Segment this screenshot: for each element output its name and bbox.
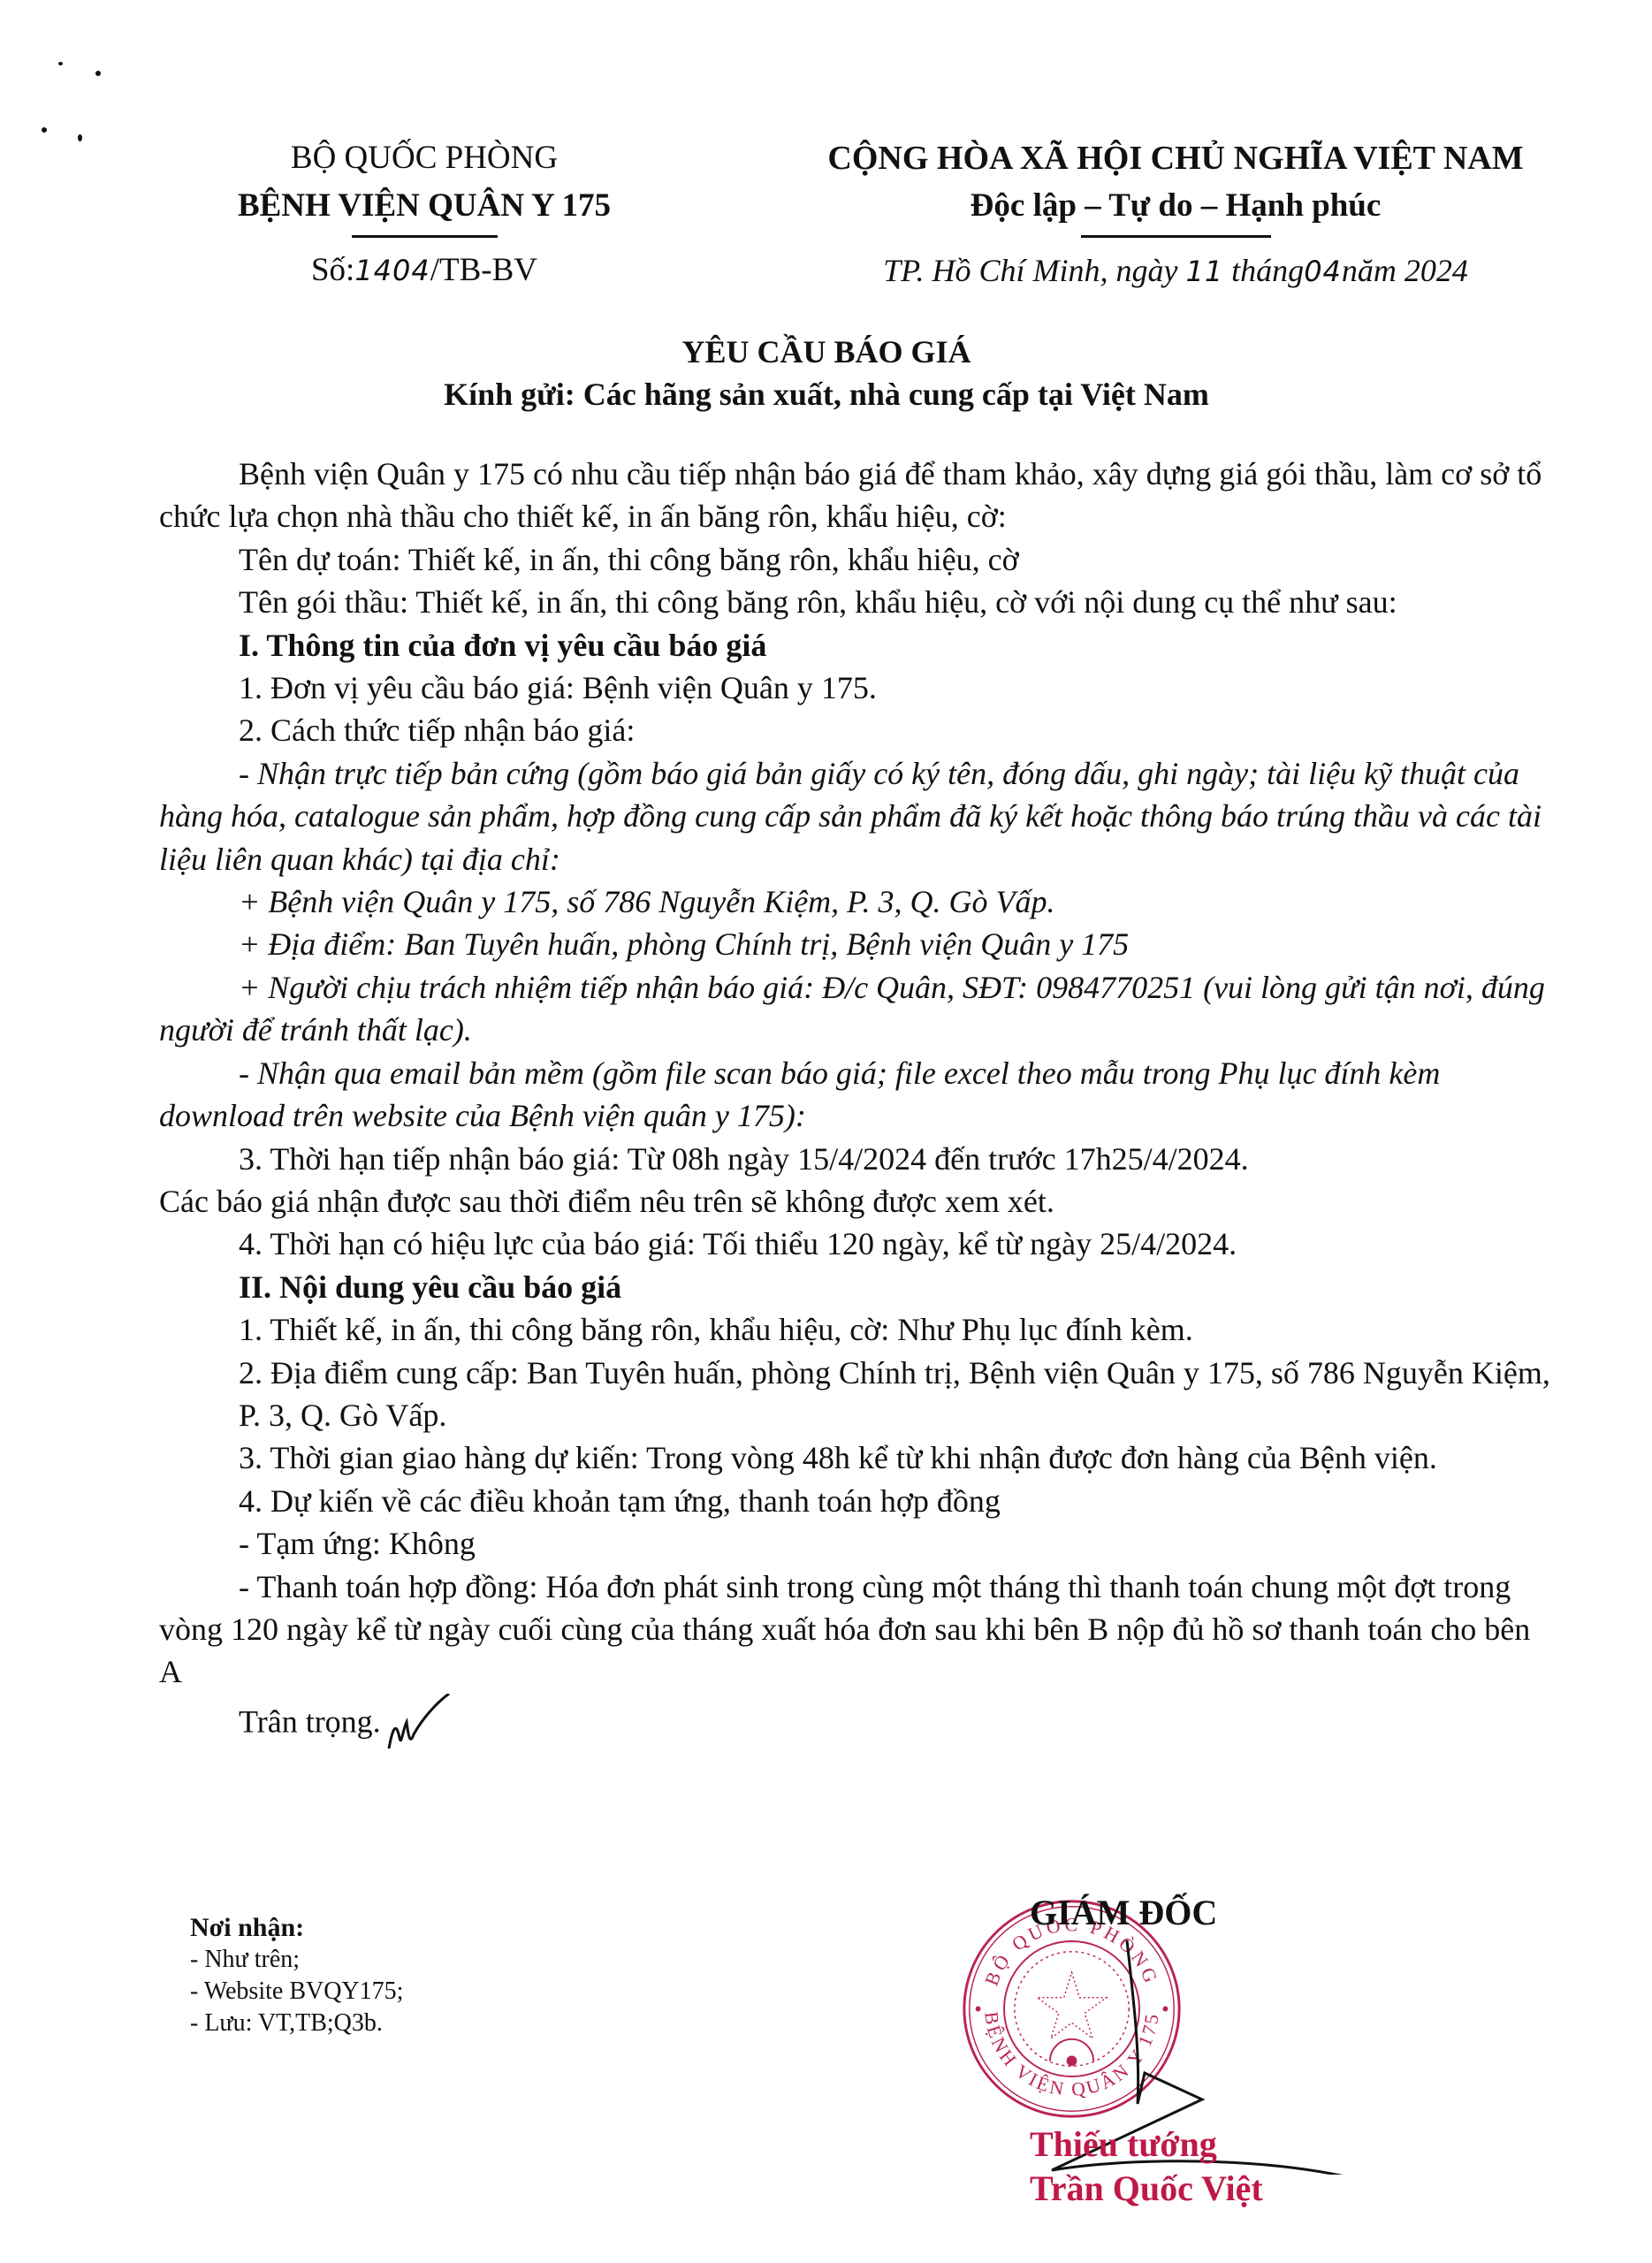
contract-payment: - Thanh toán hợp đồng: Hóa đơn phát sinh… — [159, 1566, 1556, 1694]
recipient-item: - Website BVQY175; — [190, 1976, 403, 2008]
ministry-name: BỘ QUỐC PHÒNG — [177, 134, 672, 182]
section-2-item-1: 1. Thiết kế, in ấn, thi công băng rôn, k… — [159, 1308, 1556, 1351]
place-prefix: TP. Hồ Chí Minh, ngày — [883, 253, 1185, 288]
document-number: Số:1404/TB-BV — [177, 247, 672, 294]
place-and-date: TP. Hồ Chí Minh, ngày 11 tháng04năm 2024 — [751, 247, 1600, 295]
motto-underline — [1081, 235, 1271, 238]
section-2-item-4: 4. Dự kiến về các điều khoản tạm ứng, th… — [159, 1480, 1556, 1522]
document-title: YÊU CẦU BÁO GIÁ — [177, 331, 1476, 372]
delivery-address: + Bệnh viện Quân y 175, số 786 Nguyễn Ki… — [159, 880, 1556, 923]
document-body: Bệnh viện Quân y 175 có nhu cầu tiếp nhậ… — [159, 453, 1556, 1756]
closing: Trân trọng. — [159, 1694, 1556, 1756]
section-2-heading: II. Nội dung yêu cầu báo giá — [159, 1266, 1556, 1308]
advance-payment: - Tạm ứng: Không — [159, 1522, 1556, 1565]
header-underline — [352, 235, 498, 238]
section-2-item-3: 3. Thời gian giao hàng dự kiến: Trong vò… — [159, 1436, 1556, 1479]
recipients-label: Nơi nhận: — [190, 1912, 403, 1944]
recipients-block: Nơi nhận: - Như trên; - Website BVQY175;… — [190, 1912, 403, 2039]
doc-no-suffix: /TB-BV — [430, 252, 537, 288]
section-1-heading: I. Thông tin của đơn vị yêu cầu báo giá — [159, 624, 1556, 667]
signatory-name: Trần Quốc Việt — [1030, 2168, 1263, 2209]
closing-text: Trân trọng. — [239, 1703, 381, 1739]
package-name: Tên gói thầu: Thiết kế, in ấn, thi công … — [159, 581, 1556, 623]
doc-no-prefix: Số: — [311, 252, 354, 288]
nation-name: CỘNG HÒA XÃ HỘI CHỦ NGHĨA VIỆT NAM — [751, 134, 1600, 182]
section-1-item-1: 1. Đơn vị yêu cầu báo giá: Bệnh viện Quâ… — [159, 667, 1556, 709]
national-motto: Độc lập – Tự do – Hạnh phúc — [751, 182, 1600, 230]
signatory-rank: Thiếu tướng — [1030, 2123, 1217, 2165]
title-block: YÊU CẦU BÁO GIÁ Kính gửi: Các hãng sản x… — [177, 331, 1476, 416]
intro-paragraph: Bệnh viện Quân y 175 có nhu cầu tiếp nhậ… — [159, 453, 1556, 538]
day-handwritten: 11 — [1185, 255, 1223, 288]
hospital-name: BỆNH VIỆN QUÂN Y 175 — [177, 182, 672, 230]
section-1-item-3-note: Các báo giá nhận được sau thời điểm nêu … — [159, 1180, 1556, 1223]
section-2-item-2: 2. Địa điểm cung cấp: Ban Tuyên huấn, ph… — [159, 1352, 1556, 1437]
section-1-item-2: 2. Cách thức tiếp nhận báo giá: — [159, 709, 1556, 751]
estimate-name: Tên dự toán: Thiết kế, in ấn, thi công b… — [159, 538, 1556, 581]
month-label: tháng — [1223, 253, 1304, 288]
hardcopy-instructions: - Nhận trực tiếp bản cứng (gồm báo giá b… — [159, 752, 1556, 880]
month-handwritten: 04 — [1304, 255, 1342, 288]
initials-signature-icon — [384, 1694, 454, 1756]
year-text: năm 2024 — [1342, 253, 1468, 288]
national-header: CỘNG HÒA XÃ HỘI CHỦ NGHĨA VIỆT NAM Độc l… — [751, 134, 1600, 295]
signature-block: BỘ QUỐC PHÒNG BỆNH VIỆN QUÂN Y 175 GIÁM … — [928, 1892, 1370, 2245]
issuer-header: BỘ QUỐC PHÒNG BỆNH VIỆN QUÂN Y 175 Số:14… — [177, 134, 672, 294]
section-1-item-3: 3. Thời hạn tiếp nhận báo giá: Từ 08h ng… — [159, 1138, 1556, 1180]
addressee: Kính gửi: Các hãng sản xuất, nhà cung cấ… — [177, 372, 1476, 416]
email-instructions: - Nhận qua email bản mềm (gồm file scan … — [159, 1052, 1556, 1138]
recipient-item: - Như trên; — [190, 1944, 403, 1976]
delivery-location: + Địa điểm: Ban Tuyên huấn, phòng Chính … — [159, 923, 1556, 965]
doc-no-handwritten: 1404 — [354, 254, 430, 287]
section-1-item-4: 4. Thời hạn có hiệu lực của báo giá: Tối… — [159, 1223, 1556, 1265]
contact-person: + Người chịu trách nhiệm tiếp nhận báo g… — [159, 966, 1556, 1052]
recipient-item: - Lưu: VT,TB;Q3b. — [190, 2008, 403, 2039]
